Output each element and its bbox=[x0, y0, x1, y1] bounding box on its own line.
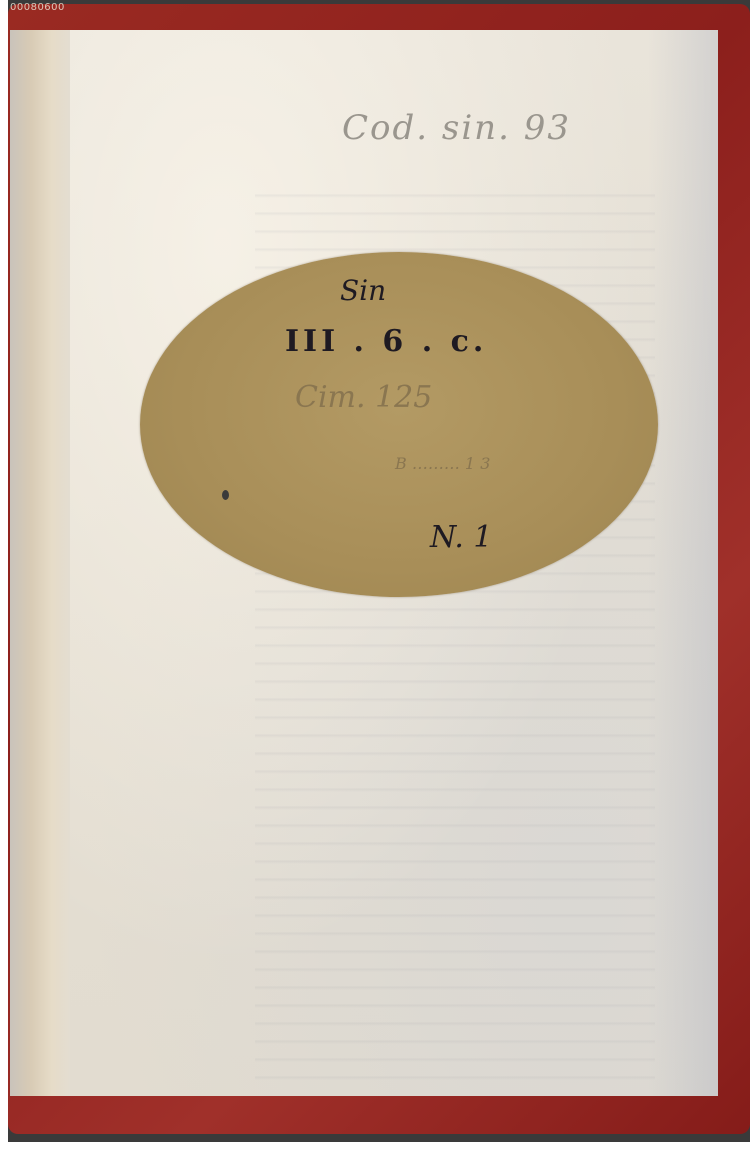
label-line-3: Cim. 125 bbox=[295, 380, 432, 415]
label-line-4: B ……… 1 3 bbox=[395, 454, 490, 473]
page-edge-shadow bbox=[648, 30, 718, 1096]
oval-shelf-label: Sin III . 6 . c. Cim. 125 B ……… 1 3 N. 1 bbox=[140, 252, 658, 597]
scan-id-stamp: 00080600 bbox=[10, 2, 65, 13]
label-line-2: III . 6 . c. bbox=[285, 324, 487, 359]
spine-hinge-strip bbox=[10, 30, 70, 1096]
ink-spot bbox=[222, 490, 229, 500]
label-line-1: Sin bbox=[340, 274, 386, 307]
label-line-5: N. 1 bbox=[430, 520, 493, 555]
pencil-shelfmark: Cod. sin. 93 bbox=[342, 108, 571, 148]
